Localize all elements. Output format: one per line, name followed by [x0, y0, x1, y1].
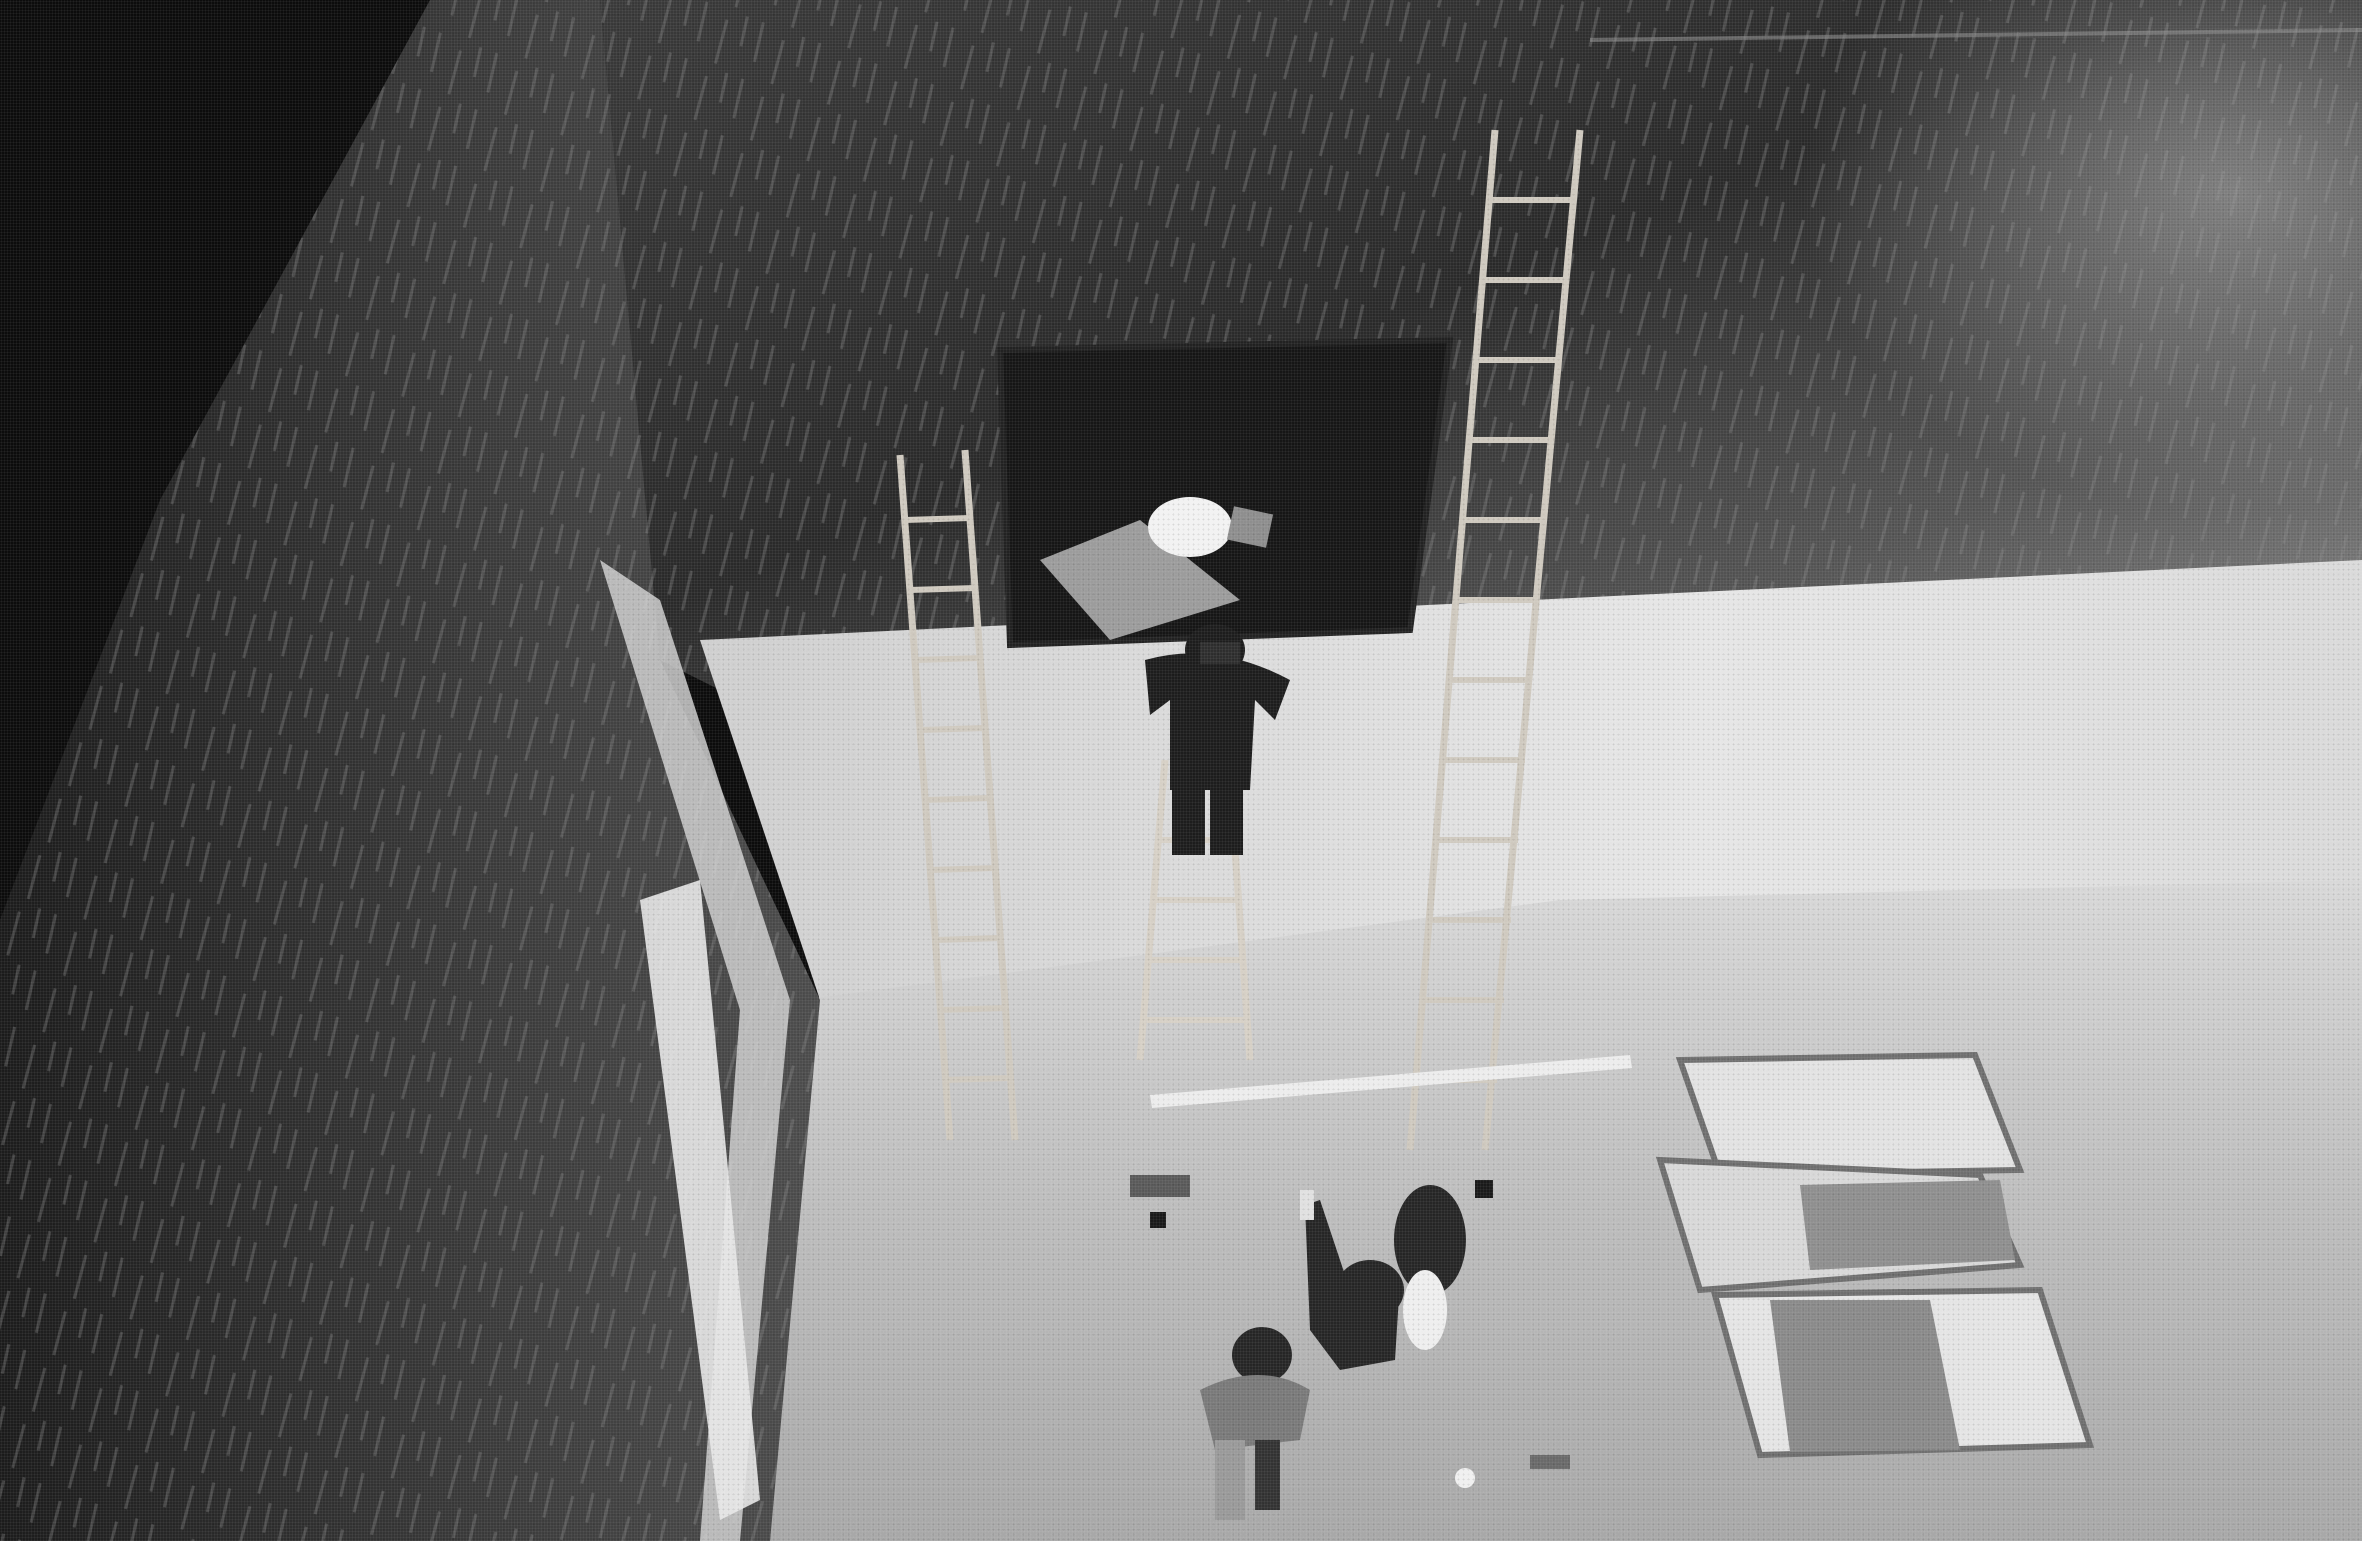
camera-icon [1200, 642, 1240, 664]
white-dog [1148, 497, 1232, 557]
floor [770, 880, 2362, 1541]
floor-object [1530, 1455, 1570, 1469]
photograph: Overhead view of an artist's studio: a h… [0, 0, 2362, 1541]
floor-object [1475, 1180, 1493, 1198]
scene-illustration [0, 0, 2362, 1541]
floor-box [1130, 1175, 1190, 1197]
framed-picture [1000, 340, 1450, 645]
floor-object [1150, 1212, 1166, 1228]
floor-object [1455, 1468, 1475, 1488]
